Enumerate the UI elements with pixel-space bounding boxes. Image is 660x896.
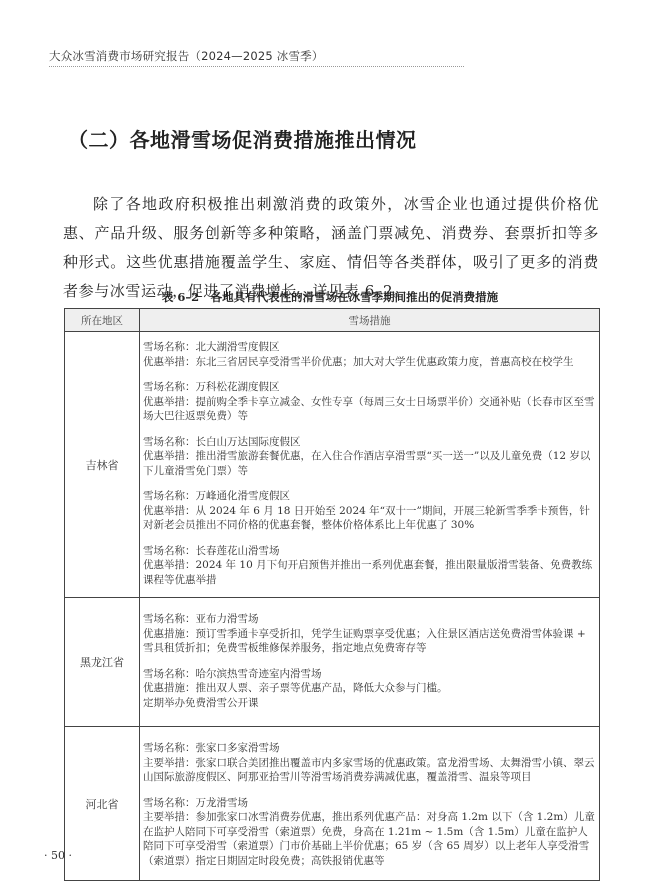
resort-entry: 雪场名称：万龙滑雪场 主要举措：参加张家口冰雪消费券优惠，推出系列优惠产品：对身… — [143, 796, 596, 869]
table-row: 黑龙江省 雪场名称：亚布力滑雪场 优惠措施：预订雪季通卡享受折扣，凭学生证购票享… — [65, 598, 600, 727]
running-header: 大众冰雪消费市场研究报告（2024—2025 冰雪季） — [49, 48, 463, 64]
resort-name: 雪场名称：万科松花湖度假区 — [143, 380, 596, 395]
table-row: 吉林省 雪场名称：北大湖滑雪度假区 优惠举措：东北三省居民享受滑雪半价优惠；加大… — [65, 332, 600, 598]
resort-name: 雪场名称：万龙滑雪场 — [143, 796, 596, 811]
resort-name: 雪场名称：长春莲花山滑雪场 — [143, 544, 596, 559]
table-header-row: 所在地区 雪场措施 — [65, 309, 600, 332]
table-caption: 表 6–2 各地具有代表性的滑雪场在冰雪季期间推出的促消费措施 — [60, 289, 600, 305]
resort-extra: 定期举办免费滑雪公开课 — [143, 696, 596, 711]
resort-name: 雪场名称：亚布力滑雪场 — [143, 612, 596, 627]
resort-entry: 雪场名称：张家口多家滑雪场 主要举措：张家口联合美团推出覆盖市内多家雪场的优惠政… — [143, 741, 596, 785]
resort-name: 雪场名称：长白山万达国际度假区 — [143, 435, 596, 450]
resort-entry: 雪场名称：万峰通化滑雪度假区 优惠举措：从 2024 年 6 月 18 日开始至… — [143, 489, 596, 533]
measures-cell: 雪场名称：亚布力滑雪场 优惠措施：预订雪季通卡享受折扣，凭学生证购票享受优惠；入… — [140, 598, 600, 727]
measures-cell: 雪场名称：北大湖滑雪度假区 优惠举措：东北三省居民享受滑雪半价优惠；加大对大学生… — [140, 332, 600, 598]
resort-measure: 优惠措施：推出双人票、亲子票等优惠产品，降低大众参与门槛。 — [143, 681, 596, 696]
region-cell: 黑龙江省 — [65, 598, 140, 727]
resort-measure: 优惠举措：推出滑雪旅游套餐优惠，在入住合作酒店享滑雪票“买一送一”以及儿童免费（… — [143, 449, 596, 478]
measures-cell: 雪场名称：张家口多家滑雪场 主要举措：张家口联合美团推出覆盖市内多家雪场的优惠政… — [140, 727, 600, 881]
page-number: · 50 · — [44, 849, 72, 862]
resort-entry: 雪场名称：亚布力滑雪场 优惠措施：预订雪季通卡享受折扣，凭学生证购票享受优惠；入… — [143, 612, 596, 656]
column-header-measures: 雪场措施 — [140, 309, 600, 332]
region-cell: 吉林省 — [65, 332, 140, 598]
resort-entry: 雪场名称：长春莲花山滑雪场 优惠举措：2024 年 10 月下旬开启预售并推出一… — [143, 544, 596, 588]
resort-measure: 优惠举措：提前购全季卡享立减金、女性专享（每周三女士日场票半价）交通补贴（长春市… — [143, 395, 596, 424]
column-header-region: 所在地区 — [65, 309, 140, 332]
resort-measure: 优惠举措：2024 年 10 月下旬开启预售并推出一系列优惠套餐，推出限量版滑雪… — [143, 558, 596, 587]
section-title: （二）各地滑雪场促消费措施推出情况 — [68, 124, 417, 153]
resort-measure: 优惠举措：从 2024 年 6 月 18 日开始至 2024 年“双十一”期间，… — [143, 504, 596, 533]
resort-entry: 雪场名称：北大湖滑雪度假区 优惠举措：东北三省居民享受滑雪半价优惠；加大对大学生… — [143, 340, 596, 369]
resort-name: 雪场名称：张家口多家滑雪场 — [143, 741, 596, 756]
resort-measure: 主要举措：参加张家口冰雪消费券优惠，推出系列优惠产品：对身高 1.2m 以下（含… — [143, 810, 596, 868]
resort-entry: 雪场名称：万科松花湖度假区 优惠举措：提前购全季卡享立减金、女性专享（每周三女士… — [143, 380, 596, 424]
resort-name: 雪场名称：哈尔滨热雪奇迹室内滑雪场 — [143, 667, 596, 682]
resort-measure: 优惠措施：预订雪季通卡享受折扣，凭学生证购票享受优惠；入住景区酒店送免费滑雪体验… — [143, 627, 596, 656]
resort-name: 雪场名称：北大湖滑雪度假区 — [143, 340, 596, 355]
header-divider — [49, 66, 464, 67]
resort-name: 雪场名称：万峰通化滑雪度假区 — [143, 489, 596, 504]
resort-entry: 雪场名称：哈尔滨热雪奇迹室内滑雪场 优惠措施：推出双人票、亲子票等优惠产品，降低… — [143, 667, 596, 711]
resort-measure: 优惠举措：东北三省居民享受滑雪半价优惠；加大对大学生优惠政策力度，普惠高校在校学… — [143, 355, 596, 370]
region-cell: 河北省 — [65, 727, 140, 881]
table-row: 河北省 雪场名称：张家口多家滑雪场 主要举措：张家口联合美团推出覆盖市内多家雪场… — [65, 727, 600, 881]
promotion-measures-table: 所在地区 雪场措施 吉林省 雪场名称：北大湖滑雪度假区 优惠举措：东北三省居民享… — [64, 308, 600, 881]
resort-entry: 雪场名称：长白山万达国际度假区 优惠举措：推出滑雪旅游套餐优惠，在入住合作酒店享… — [143, 435, 596, 479]
resort-measure: 主要举措：张家口联合美团推出覆盖市内多家雪场的优惠政策。富龙滑雪场、太舞滑雪小镇… — [143, 756, 596, 785]
